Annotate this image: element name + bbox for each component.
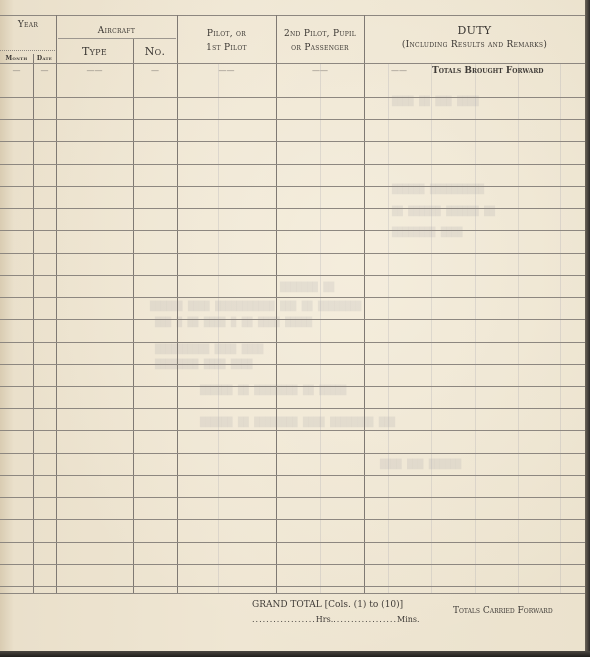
header-pilot: Pilot, or 1st Pilot bbox=[177, 27, 276, 55]
row-line bbox=[0, 119, 585, 120]
header-aircraft-type: Type bbox=[56, 45, 133, 58]
grand-total-hours: ..................Hrs...................… bbox=[252, 615, 420, 624]
table-top-border bbox=[0, 15, 585, 16]
col-divider-pilot-second bbox=[276, 15, 277, 593]
header-year: Year bbox=[0, 18, 56, 32]
table-bottom-border bbox=[0, 593, 585, 594]
col-divider-type-no bbox=[133, 38, 134, 593]
header-aircraft-no: No. bbox=[133, 45, 177, 58]
header-duty-title: DUTY bbox=[364, 24, 585, 37]
header-duty: DUTY (Including Results and Remarks) bbox=[364, 24, 585, 50]
book-binding-edge bbox=[585, 0, 590, 657]
header-bottom-border bbox=[0, 63, 585, 64]
row-line bbox=[0, 408, 585, 409]
row-line bbox=[0, 564, 585, 565]
header-second-pilot: 2nd Pilot, Pupil or Passenger bbox=[276, 27, 364, 55]
row-line bbox=[0, 497, 585, 498]
col-divider-aircraft-pilot bbox=[177, 15, 178, 593]
page-bottom-edge bbox=[0, 651, 590, 657]
row-line bbox=[0, 275, 585, 276]
row-line bbox=[0, 519, 585, 520]
row-line bbox=[0, 342, 585, 343]
row-line bbox=[0, 297, 585, 298]
row-line bbox=[0, 386, 585, 387]
row-line bbox=[0, 453, 585, 454]
header-aircraft: Aircraft bbox=[56, 24, 177, 38]
row-line bbox=[0, 230, 585, 231]
logbook-page: ████ ███ ██ ████ ██████████ ██████ ██ ██… bbox=[0, 0, 590, 657]
row-line bbox=[0, 208, 585, 209]
row-line bbox=[0, 319, 585, 320]
row-line bbox=[0, 186, 585, 187]
totals-carried-forward-label: Totals Carried Forward bbox=[453, 606, 553, 616]
row-line bbox=[0, 475, 585, 476]
row-line bbox=[0, 586, 585, 587]
header-date: Date bbox=[33, 55, 56, 62]
row-line bbox=[0, 364, 585, 365]
totals-brought-forward-label: Totals Brought Forward bbox=[432, 66, 544, 76]
col-divider-second-duty bbox=[364, 15, 365, 593]
col-divider-month-date bbox=[33, 54, 34, 593]
grand-total-label: GRAND TOTAL [Cols. (1) to (10)] bbox=[252, 600, 403, 610]
row-line bbox=[0, 430, 585, 431]
row-line bbox=[0, 542, 585, 543]
header-duty-subtitle: (Including Results and Remarks) bbox=[364, 40, 585, 50]
col-divider-year-aircraft bbox=[56, 15, 57, 593]
row-line bbox=[0, 253, 585, 254]
row-line bbox=[0, 141, 585, 142]
row-line bbox=[0, 97, 585, 98]
header-month: Month bbox=[0, 55, 33, 62]
row-line bbox=[0, 164, 585, 165]
